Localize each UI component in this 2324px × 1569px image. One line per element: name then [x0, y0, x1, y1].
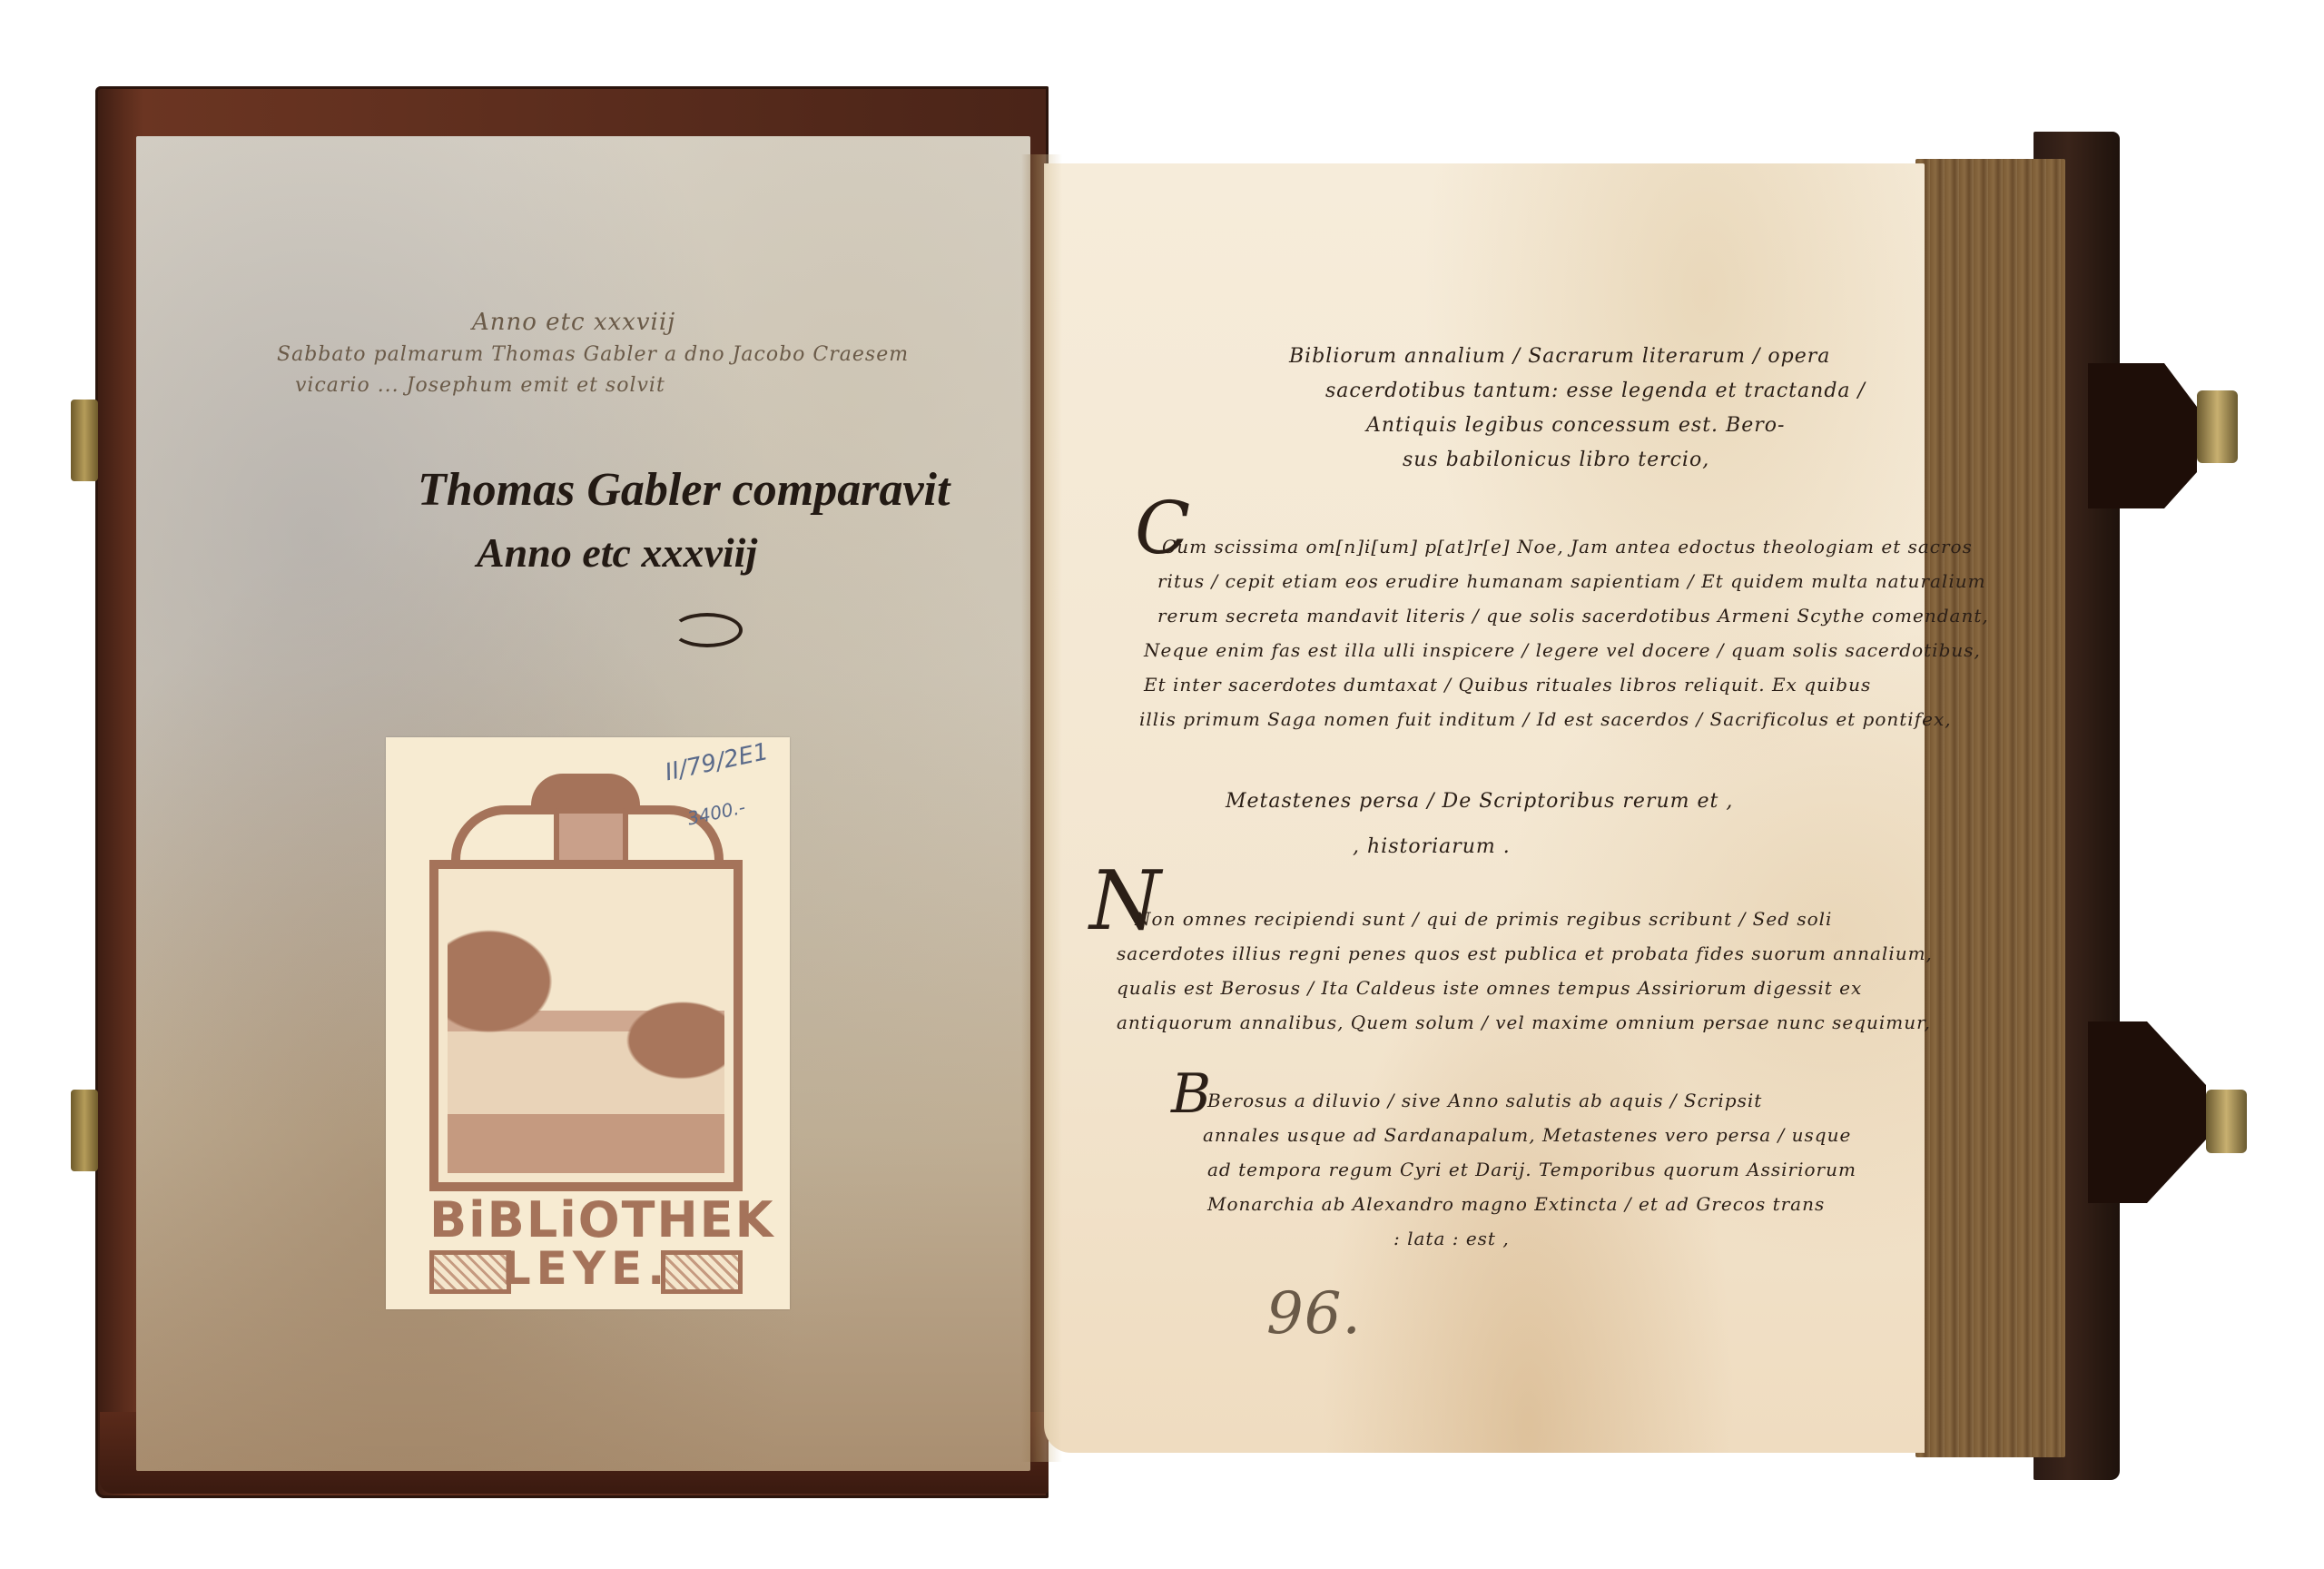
paragraph-1-line-3: rerum secreta mandavit literis / que sol…: [1157, 605, 1989, 627]
paragraph-1-line-5: Et inter sacerdotes dumtaxat / Quibus ri…: [1144, 674, 1871, 696]
text-block-fore-edge: [1915, 159, 2065, 1457]
heading-line-3: Antiquis legibus concessum est. Bero-: [1366, 414, 1785, 437]
heading-line-1: Bibliorum annalium / Sacrarum literarum …: [1289, 345, 1830, 368]
paragraph-2-line-1: Non omnes recipiendi sunt / qui de primi…: [1135, 908, 1832, 930]
paragraph-3-line-2: annales usque ad Sardanapalum, Metastene…: [1203, 1124, 1851, 1146]
lower-clasp-hinge-icon: [71, 1090, 98, 1171]
pencil-shelfmark: II/79/2E1: [663, 738, 771, 786]
lower-clasp-brass-icon: [2206, 1090, 2247, 1153]
ownership-note-line-1: Sabbato palmarum Thomas Gabler a dno Jac…: [277, 343, 909, 366]
decorated-initial-b: B: [1171, 1062, 1211, 1126]
paragraph-1-line-6: illis primum Saga nomen fuit inditum / I…: [1139, 708, 1952, 730]
paragraph-1-line-1: Cum scissima om[n]i[um] p[at]r[e] Noe, J…: [1162, 536, 1973, 558]
paragraph-2-line-3: qualis est Berosus / Ita Caldeus iste om…: [1117, 977, 1862, 999]
heading-line-4: sus babilonicus libro tercio,: [1403, 449, 1709, 471]
ownership-note-line-2: vicario ... Josephum emit et solvit: [295, 374, 665, 397]
upper-clasp-strap: [2088, 363, 2197, 508]
flourish-icon: [672, 613, 743, 647]
bookplate-manor-illustration: [429, 860, 743, 1191]
right-manuscript-page: Bibliorum annalium / Sacrarum literarum …: [1044, 163, 1925, 1453]
subheading-line-1: Metastenes persa / De Scriptoribus rerum…: [1226, 790, 1733, 813]
upper-clasp-brass-icon: [2197, 390, 2238, 463]
paragraph-1-line-4: Neque enim fas est illa ulli inspicere /…: [1144, 639, 1981, 661]
book-gutter: [1021, 154, 1062, 1462]
bookplate-title: BiBLiOTHEK: [429, 1196, 743, 1245]
manor-house-scene: [448, 878, 724, 1173]
paragraph-2-line-2: sacerdotes illius regni penes quos est p…: [1117, 942, 1933, 964]
upper-clasp-hinge-icon: [71, 400, 98, 481]
heading-line-2: sacerdotibus tantum: esse legenda et tra…: [1325, 380, 1866, 402]
faint-year-note: Anno etc xxxviij: [472, 309, 675, 336]
paragraph-2-line-4: antiquorum annalibus, Quem solum / vel m…: [1117, 1011, 1931, 1033]
crown-icon: [531, 774, 640, 810]
bookplate: BiBLiOTHEK LEYE. II/79/2E1 3400.-: [386, 737, 790, 1309]
paragraph-3-line-4: Monarchia ab Alexandro magno Extincta / …: [1207, 1193, 1825, 1215]
paragraph-3-line-3: ad tempora regum Cyri et Darij. Temporib…: [1207, 1159, 1856, 1180]
paragraph-3-line-5: : lata : est ,: [1393, 1228, 1510, 1249]
lower-clasp-strap: [2088, 1021, 2206, 1203]
ownership-inscription-line-1: Thomas Gabler comparavit: [418, 463, 950, 517]
decorated-initial-n: N: [1089, 854, 1161, 949]
pencil-price: 3400.-: [685, 796, 747, 830]
paragraph-1-line-2: ritus / cepit etiam eos erudire humanam …: [1157, 570, 1986, 592]
folio-number: 96.: [1266, 1280, 1362, 1347]
ownership-inscription-line-2: Anno etc xxxviij: [477, 528, 757, 577]
decorated-initial-c: C: [1135, 486, 1190, 570]
paragraph-3-line-1: Berosus a diluvio / sive Anno salutis ab…: [1207, 1090, 1762, 1111]
subheading-line-2: , historiarum .: [1353, 835, 1511, 858]
bookplate-subtitle: LEYE.: [429, 1246, 743, 1291]
